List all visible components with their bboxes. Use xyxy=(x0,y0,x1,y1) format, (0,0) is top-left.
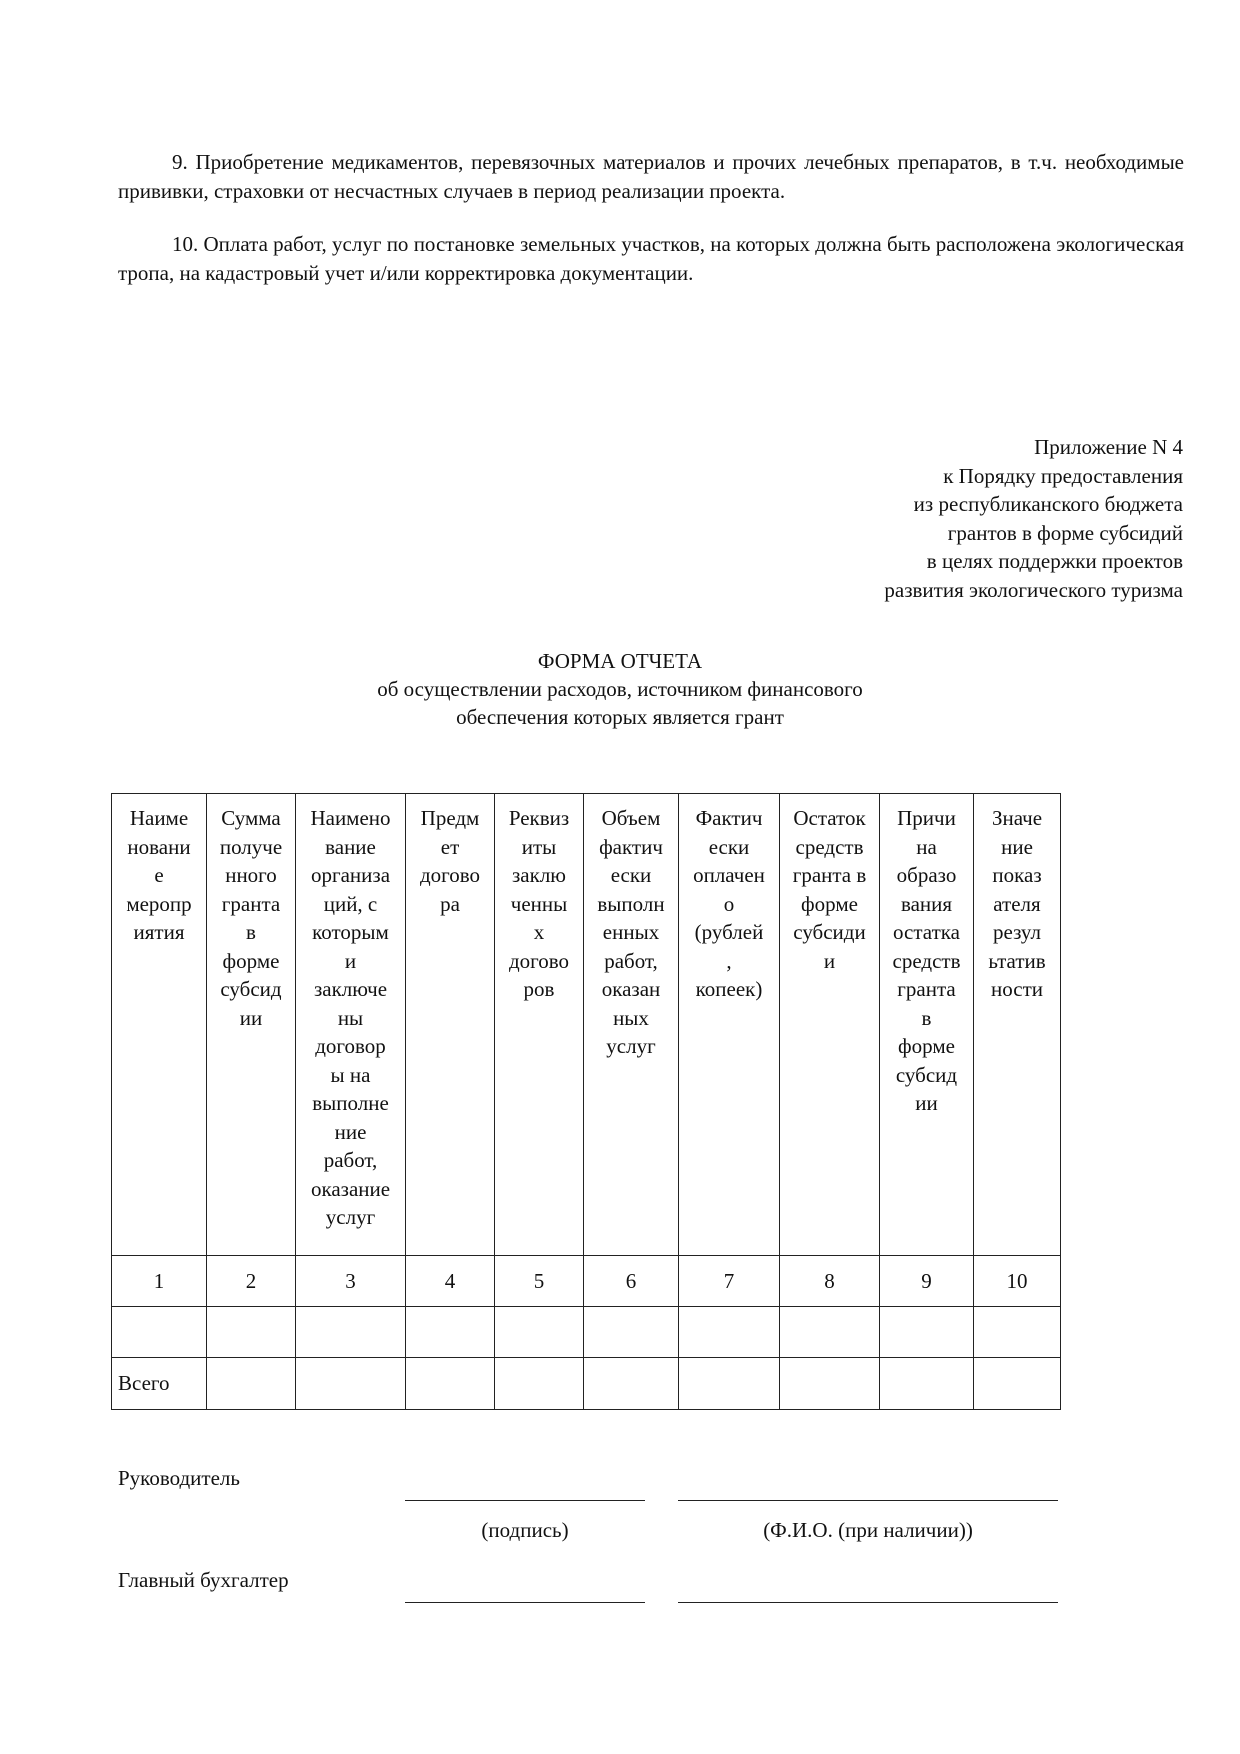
header-text-line: ных xyxy=(584,1004,678,1033)
header-text-line: и xyxy=(780,947,879,976)
header-text-line: услуг xyxy=(584,1032,678,1061)
header-text-line: Значе xyxy=(974,804,1060,833)
header-text-line: договор xyxy=(296,1032,405,1061)
header-text-line: ии xyxy=(207,1004,295,1033)
header-text-line: оплачен xyxy=(679,861,779,890)
column-header-2: Суммаполученногогрантавформесубсидии xyxy=(207,794,296,1256)
column-header-8: Остатоксредствгранта вформесубсидии xyxy=(780,794,880,1256)
total-cell[interactable] xyxy=(974,1358,1061,1410)
column-header-7: Фактическиоплачено(рублей,копеек) xyxy=(679,794,780,1256)
column-number-cell: 3 xyxy=(296,1256,406,1307)
column-header-5: Реквизитызаключенныхдоговоров xyxy=(495,794,584,1256)
table-cell[interactable] xyxy=(207,1307,296,1358)
header-text-line: субсид xyxy=(207,975,295,1004)
header-text-line: выполне xyxy=(296,1089,405,1118)
column-number-cell: 6 xyxy=(584,1256,679,1307)
header-text-line: ы на xyxy=(296,1061,405,1090)
column-number-cell: 5 xyxy=(495,1256,584,1307)
column-header-6: Объемфактическивыполненныхработ,оказанны… xyxy=(584,794,679,1256)
header-text-line: в xyxy=(880,1004,973,1033)
appendix-line: к Порядку предоставления xyxy=(884,462,1183,491)
header-text-line: иты xyxy=(495,833,583,862)
column-header-3: Наименованиеорганизаций, скоторымизаключ… xyxy=(296,794,406,1256)
header-text-line: оказание xyxy=(296,1175,405,1204)
table-cell[interactable] xyxy=(495,1307,584,1358)
header-text-line: ателя xyxy=(974,890,1060,919)
column-number-cell: 8 xyxy=(780,1256,880,1307)
column-number-cell: 1 xyxy=(112,1256,207,1307)
header-text-line: ние xyxy=(974,833,1060,862)
header-text-line: в xyxy=(207,918,295,947)
table-row xyxy=(112,1307,1061,1358)
header-text-line: догово xyxy=(406,861,494,890)
table-cell[interactable] xyxy=(406,1307,495,1358)
column-header-9: Причинаобразованияостаткасредствгрантавф… xyxy=(880,794,974,1256)
header-text-line: резул xyxy=(974,918,1060,947)
header-text-line: догово xyxy=(495,947,583,976)
header-text-line: заключе xyxy=(296,975,405,1004)
header-text-line: меропр xyxy=(112,890,206,919)
total-label-cell: Всего xyxy=(112,1358,207,1410)
name-caption: (Ф.И.О. (при наличии)) xyxy=(678,1516,1058,1544)
appendix-line: в целях поддержки проектов xyxy=(884,547,1183,576)
table-cell[interactable] xyxy=(780,1307,880,1358)
signature-caption: (подпись) xyxy=(405,1516,645,1544)
header-text-line: иятия xyxy=(112,918,206,947)
column-number-cell: 4 xyxy=(406,1256,495,1307)
appendix-line: Приложение N 4 xyxy=(884,433,1183,462)
header-text-line: ьтатив xyxy=(974,947,1060,976)
header-text-line: заклю xyxy=(495,861,583,890)
appendix-line: развития экологического туризма xyxy=(884,576,1183,605)
header-text-line: Предм xyxy=(406,804,494,833)
column-number-cell: 2 xyxy=(207,1256,296,1307)
header-text-line: показ xyxy=(974,861,1060,890)
header-text-line: образо xyxy=(880,861,973,890)
form-subtitle-line-2: обеспечения которых является грант xyxy=(0,703,1240,731)
header-text-line: о xyxy=(679,890,779,919)
header-text-line: ров xyxy=(495,975,583,1004)
header-text-line: работ, xyxy=(296,1146,405,1175)
column-header-4: Предметдоговора xyxy=(406,794,495,1256)
header-text-line: фактич xyxy=(584,833,678,862)
header-text-line: Объем xyxy=(584,804,678,833)
header-text-line: (рублей xyxy=(679,918,779,947)
appendix-line: грантов в форме субсидий xyxy=(884,519,1183,548)
header-text-line: гранта xyxy=(207,890,295,919)
total-cell[interactable] xyxy=(207,1358,296,1410)
header-text-line: , xyxy=(679,947,779,976)
header-text-line: ра xyxy=(406,890,494,919)
header-text-line: форме xyxy=(780,890,879,919)
header-text-line: х xyxy=(495,918,583,947)
column-header-1: Наименованиемероприятия xyxy=(112,794,207,1256)
header-text-line: ески xyxy=(679,833,779,862)
header-text-line: субсид xyxy=(880,1061,973,1090)
header-text-line: копеек) xyxy=(679,975,779,1004)
header-text-line: ности xyxy=(974,975,1060,1004)
total-cell[interactable] xyxy=(584,1358,679,1410)
header-text-line: Реквиз xyxy=(495,804,583,833)
header-text-line: Сумма xyxy=(207,804,295,833)
header-text-line: ески xyxy=(584,861,678,890)
header-text-line: ченны xyxy=(495,890,583,919)
header-text-line: ций, с xyxy=(296,890,405,919)
table-cell[interactable] xyxy=(296,1307,406,1358)
header-text-line: вания xyxy=(880,890,973,919)
column-number-cell: 9 xyxy=(880,1256,974,1307)
header-text-line: форме xyxy=(880,1032,973,1061)
header-text-line: Наиме xyxy=(112,804,206,833)
total-cell[interactable] xyxy=(495,1358,584,1410)
header-text-line: организа xyxy=(296,861,405,890)
head-label: Руководитель xyxy=(118,1464,240,1492)
total-cell[interactable] xyxy=(296,1358,406,1410)
header-text-line: на xyxy=(880,833,973,862)
appendix-reference: Приложение N 4 к Порядку предоставления … xyxy=(884,433,1183,604)
header-text-line: услуг xyxy=(296,1203,405,1232)
header-text-line: оказан xyxy=(584,975,678,1004)
total-cell[interactable] xyxy=(406,1358,495,1410)
column-number-cell: 10 xyxy=(974,1256,1061,1307)
accountant-signature-line[interactable] xyxy=(405,1602,645,1603)
header-text-line: получе xyxy=(207,833,295,862)
accountant-name-line[interactable] xyxy=(678,1602,1058,1603)
form-title-block: ФОРМА ОТЧЕТА об осуществлении расходов, … xyxy=(0,647,1240,731)
head-signature-line[interactable] xyxy=(405,1500,645,1501)
header-text-line: нного xyxy=(207,861,295,890)
header-text-line: ет xyxy=(406,833,494,862)
report-table: НаименованиемероприятияСуммаполученногог… xyxy=(111,793,1061,1410)
total-cell[interactable] xyxy=(880,1358,974,1410)
form-title: ФОРМА ОТЧЕТА xyxy=(0,647,1240,675)
header-text-line: ние xyxy=(296,1118,405,1147)
appendix-line: из республиканского бюджета xyxy=(884,490,1183,519)
header-text-line: ны xyxy=(296,1004,405,1033)
header-text-line: которым xyxy=(296,918,405,947)
header-text-line: новани xyxy=(112,833,206,862)
header-text-line: вание xyxy=(296,833,405,862)
table-header-row: НаименованиемероприятияСуммаполученногог… xyxy=(112,794,1061,1256)
header-text-line: остатка xyxy=(880,918,973,947)
header-text-line: Причи xyxy=(880,804,973,833)
header-text-line: средств xyxy=(780,833,879,862)
table-cell[interactable] xyxy=(679,1307,780,1358)
table-total-row: Всего xyxy=(112,1358,1061,1410)
header-text-line: е xyxy=(112,861,206,890)
header-text-line: Остаток xyxy=(780,804,879,833)
table-cell[interactable] xyxy=(112,1307,207,1358)
header-text-line: субсиди xyxy=(780,918,879,947)
header-text-line: ии xyxy=(880,1089,973,1118)
header-text-line: форме xyxy=(207,947,295,976)
header-text-line: Фактич xyxy=(679,804,779,833)
header-text-line: гранта xyxy=(880,975,973,1004)
header-text-line: средств xyxy=(880,947,973,976)
paragraph-item-9: 9. Приобретение медикаментов, перевязочн… xyxy=(118,148,1184,206)
total-cell[interactable] xyxy=(780,1358,880,1410)
table-column-numbers-row: 12345678910 xyxy=(112,1256,1061,1307)
column-number-cell: 7 xyxy=(679,1256,780,1307)
form-subtitle-line-1: об осуществлении расходов, источником фи… xyxy=(0,675,1240,703)
header-text-line: и xyxy=(296,947,405,976)
table-cell[interactable] xyxy=(880,1307,974,1358)
column-header-10: Значениепоказателярезультативности xyxy=(974,794,1061,1256)
header-text-line: енных xyxy=(584,918,678,947)
header-text-line: гранта в xyxy=(780,861,879,890)
total-cell[interactable] xyxy=(679,1358,780,1410)
header-text-line: Наимено xyxy=(296,804,405,833)
paragraph-item-10: 10. Оплата работ, услуг по постановке зе… xyxy=(118,230,1184,288)
table-cell[interactable] xyxy=(974,1307,1061,1358)
accountant-label: Главный бухгалтер xyxy=(118,1566,289,1594)
table-cell[interactable] xyxy=(584,1307,679,1358)
header-text-line: выполн xyxy=(584,890,678,919)
header-text-line: работ, xyxy=(584,947,678,976)
head-name-line[interactable] xyxy=(678,1500,1058,1501)
